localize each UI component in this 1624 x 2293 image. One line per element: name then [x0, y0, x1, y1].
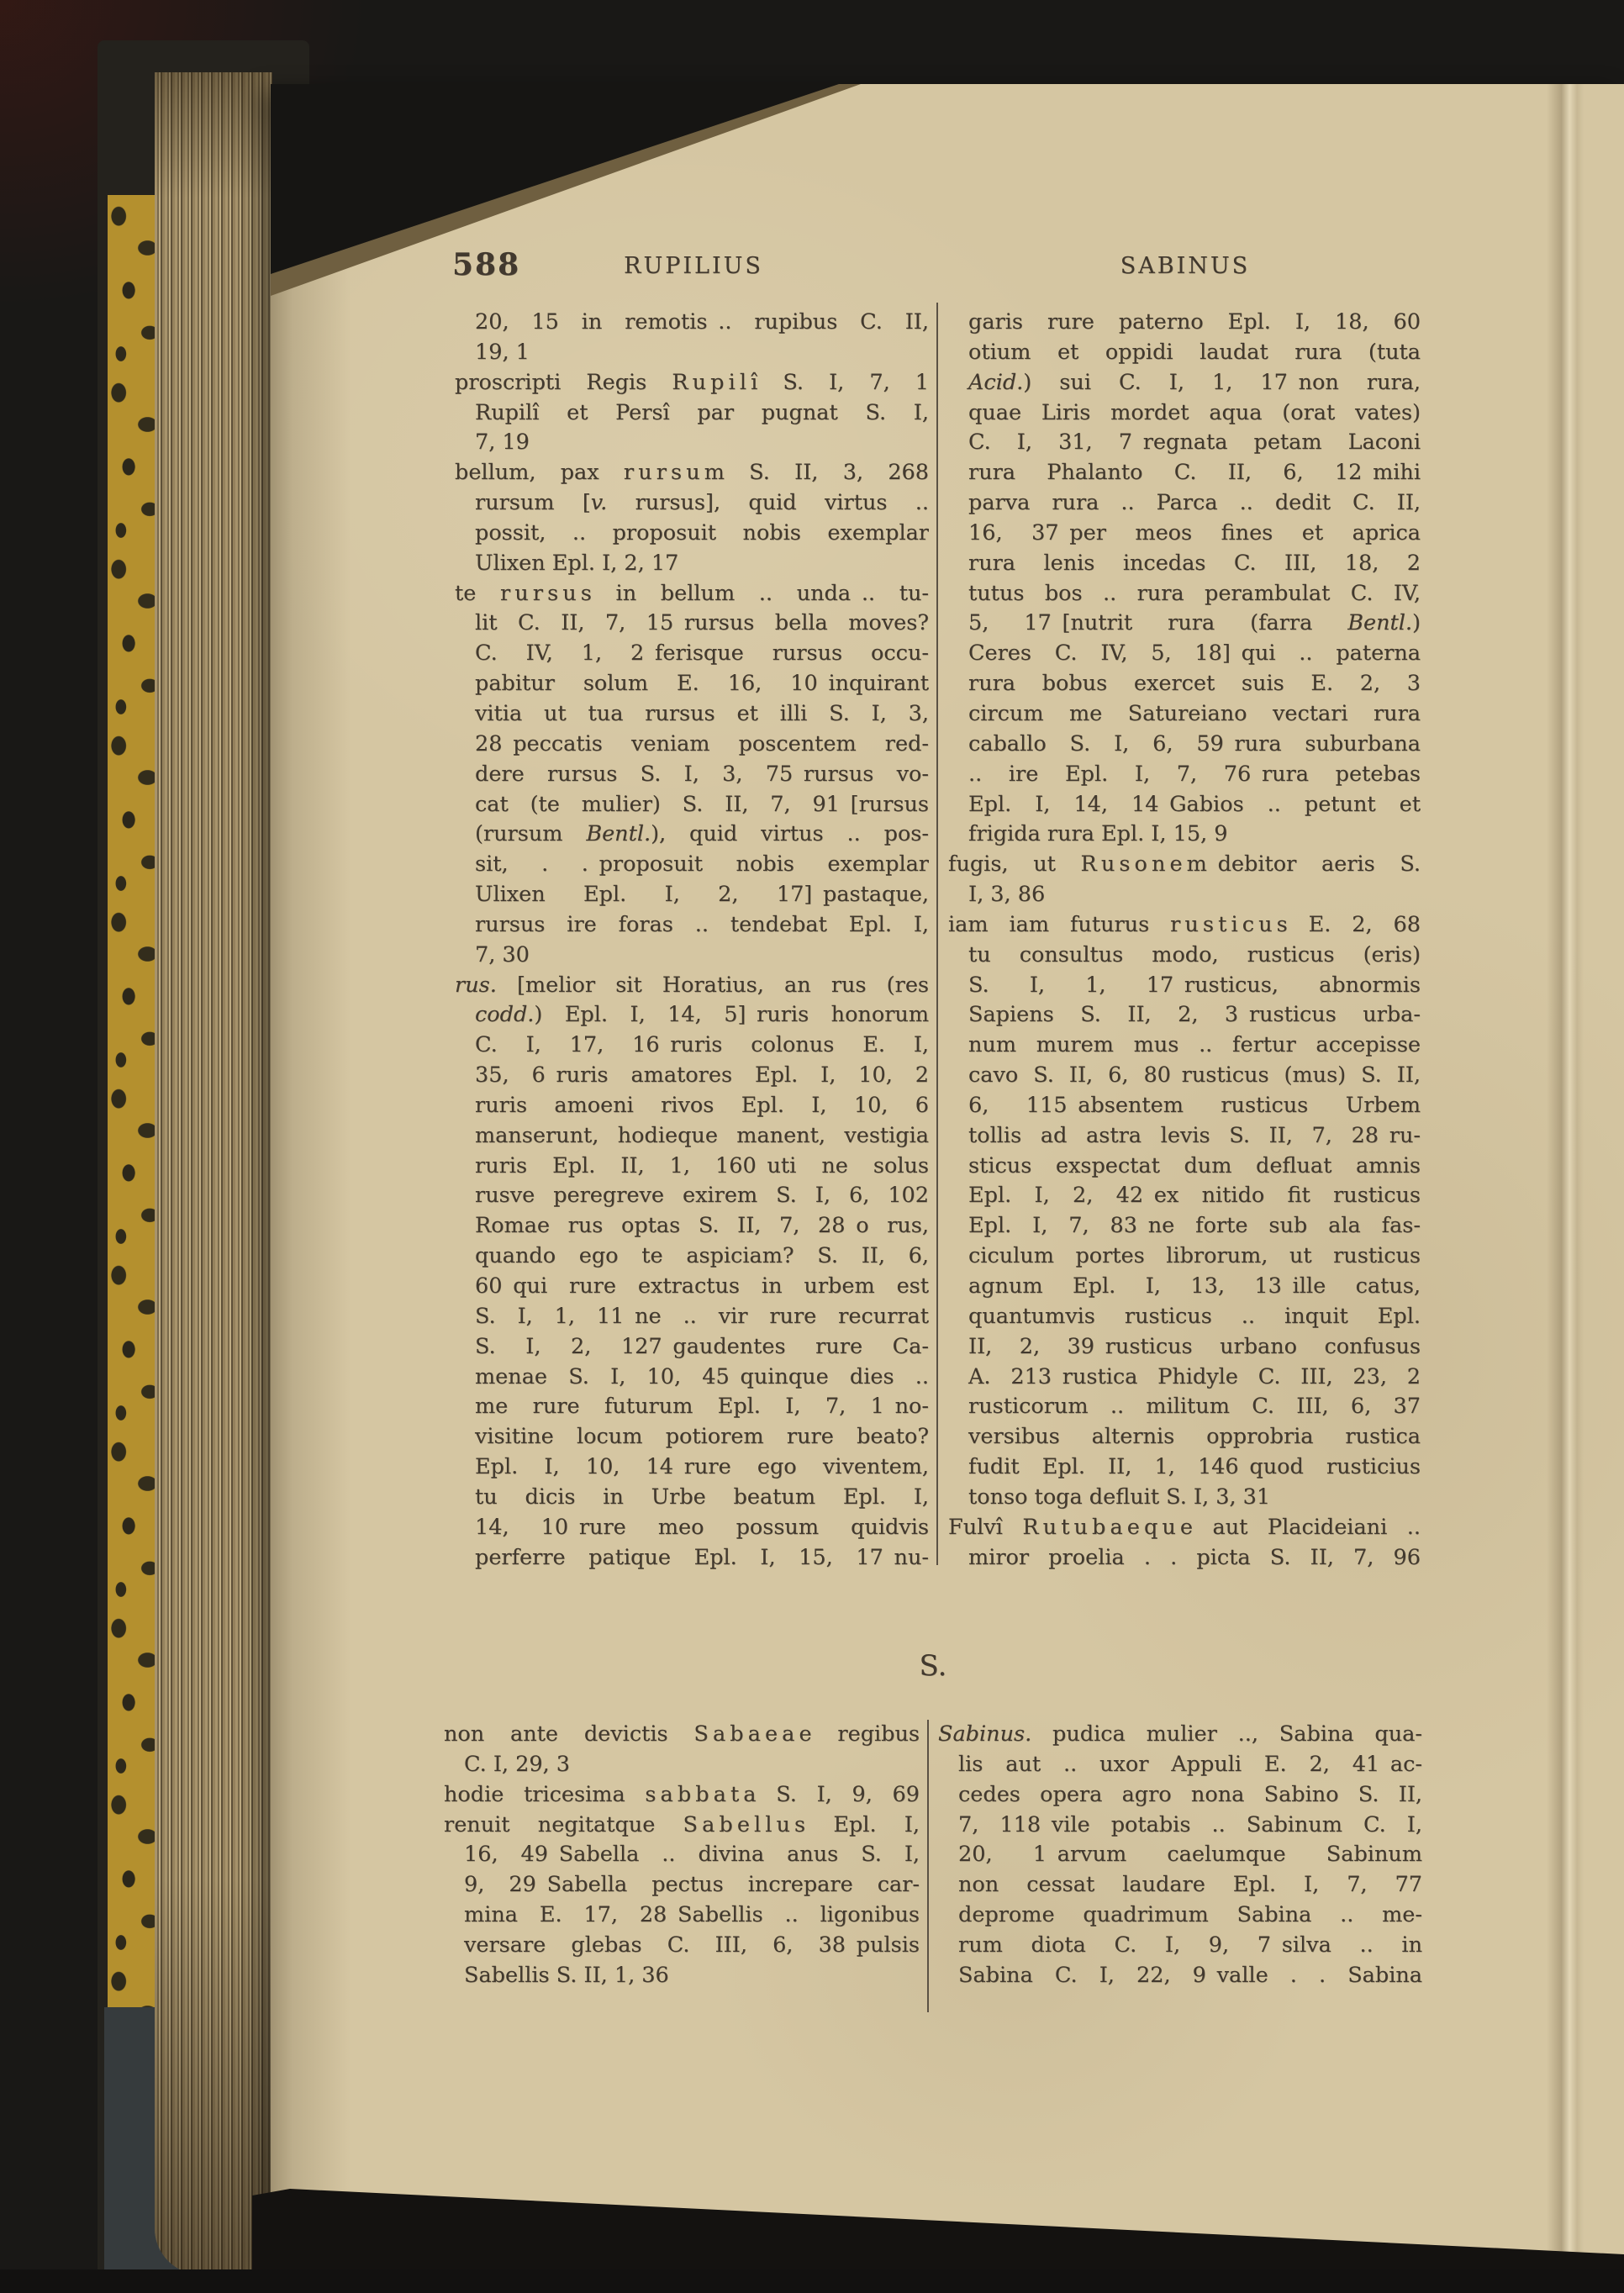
section-heading: S. — [446, 1649, 1421, 1683]
text-line: ruris amoeni rivos Epl. I, 10, 6 — [455, 1091, 929, 1121]
text-line: iam iam futurus r u s t i c u s E. 2, 68 — [948, 910, 1421, 941]
text-line: rura Phalanto C. II, 6, 12 mihi — [948, 458, 1421, 488]
text-line: quae Liris mordet aqua (orat vates) — [948, 398, 1421, 429]
text-line: rusticorum .. militum C. III, 6, 37 — [948, 1392, 1421, 1422]
text-line: 16, 49 Sabella .. divina anus S. I, — [444, 1840, 920, 1870]
text-line: non ante devictis S a b a e a e regibus — [444, 1720, 920, 1750]
text-line: 20, 1 arvum caelumque Sabinum — [938, 1840, 1422, 1870]
text-line: 14, 10 rure meo possum quidvis — [455, 1513, 929, 1543]
text-line: te r u r s u s in bellum .. unda .. tu- — [455, 579, 929, 609]
running-head-left: RUPILIUS — [458, 253, 929, 279]
text-line: Sapiens S. II, 2, 3 rusticus urba- — [948, 1000, 1421, 1031]
text-line: rum diota C. I, 9, 7 silva .. in — [938, 1931, 1422, 1961]
text-line: 19, 1 — [455, 338, 929, 368]
text-line: 7, 118 vile potabis .. Sabinum C. I, — [938, 1811, 1422, 1841]
text-line: cavo S. II, 6, 80 rusticus (mus) S. II, — [948, 1061, 1421, 1091]
text-line: fugis, ut R u s o n e m debitor aeris S. — [948, 850, 1421, 880]
book-scan: 588 RUPILIUS SABINUS 20, 15 in remotis .… — [0, 0, 1624, 2293]
text-line: deprome quadrimum Sabina .. me- — [938, 1900, 1422, 1931]
text-line: otium et oppidi laudat rura (tuta — [948, 338, 1421, 368]
column-divider-bottom — [927, 1720, 929, 2012]
text-line: (rursum Bentl.), quid virtus .. pos- — [455, 820, 929, 850]
text-line: manserunt, hodieque manent, vestigia — [455, 1121, 929, 1152]
text-line: C. I, 31, 7 regnata petam Laconi — [948, 428, 1421, 458]
text-line: S. I, 1, 11 ne .. vir rure recurrat — [455, 1302, 929, 1332]
text-line: C. IV, 1, 2 ferisque rursus occu- — [455, 639, 929, 669]
text-line: mina E. 17, 28 Sabellis .. ligonibus — [444, 1900, 920, 1931]
text-line: possit, .. proposuit nobis exemplar — [455, 519, 929, 549]
text-line: menae S. I, 10, 45 quinque dies .. — [455, 1363, 929, 1393]
text-line: quantumvis rusticus .. inquit Epl. — [948, 1302, 1421, 1332]
text-line: bellum, pax r u r s u m S. II, 3, 268 — [455, 458, 929, 488]
text-line: 35, 6 ruris amatores Epl. I, 10, 2 — [455, 1061, 929, 1091]
text-line: rura lenis incedas C. III, 18, 2 — [948, 549, 1421, 579]
text-line: lis aut .. uxor Appuli E. 2, 41 ac- — [938, 1750, 1422, 1780]
text-line: 16, 37 per meos fines et aprica — [948, 519, 1421, 549]
text-line: ciculum portes librorum, ut rusticus — [948, 1241, 1421, 1272]
text-line: 60 qui rure extractus in urbem est — [455, 1272, 929, 1302]
text-line: Sabina C. I, 22, 9 valle . . Sabina — [938, 1961, 1422, 1991]
text-line: tonso toga defluit S. I, 3, 31 — [948, 1483, 1421, 1513]
text-line: C. I, 29, 3 — [444, 1750, 920, 1780]
text-line: quando ego te aspiciam? S. II, 6, — [455, 1241, 929, 1272]
text-line: caballo S. I, 6, 59 rura suburbana — [948, 730, 1421, 760]
text-line: 20, 15 in remotis .. rupibus C. II, — [455, 308, 929, 338]
text-line: Epl. I, 7, 83 ne forte sub ala fas- — [948, 1211, 1421, 1241]
text-line: me rure futurum Epl. I, 7, 1 no- — [455, 1392, 929, 1422]
column-divider-top — [936, 303, 938, 1565]
text-line: renuit negitatque S a b e l l u s Epl. I… — [444, 1811, 920, 1841]
text-line: Sabellis S. II, 1, 36 — [444, 1961, 920, 1991]
column-top-right: garis rure paterno Epl. I, 18, 60otium e… — [948, 308, 1421, 1573]
text-line: num murem mus .. fertur accepisse — [948, 1031, 1421, 1061]
column-top-left: 20, 15 in remotis .. rupibus C. II,19, 1… — [455, 308, 929, 1573]
running-head-right: SABINUS — [950, 253, 1421, 279]
text-line: Ulixen Epl. I, 2, 17] pastaque, — [455, 880, 929, 910]
text-line: frigida rura Epl. I, 15, 9 — [948, 820, 1421, 850]
text-line: versare glebas C. III, 6, 38 pulsis — [444, 1931, 920, 1961]
text-line: tollis ad astra levis S. II, 7, 28 ru- — [948, 1121, 1421, 1152]
text-line: rursus ire foras .. tendebat Epl. I, — [455, 910, 929, 941]
text-line: fudit Epl. II, 1, 146 quod rusticius — [948, 1452, 1421, 1483]
text-line: S. I, 2, 127 gaudentes rure Ca- — [455, 1332, 929, 1363]
text-line: lit C. II, 7, 15 rursus bella moves? — [455, 609, 929, 639]
text-line: .. ire Epl. I, 7, 76 rura petebas — [948, 760, 1421, 790]
text-line: ruris Epl. II, 1, 160 uti ne solus — [455, 1152, 929, 1182]
text-line: visitine locum potiorem rure beato? — [455, 1422, 929, 1452]
text-line: miror proelia . . picta S. II, 7, 96 — [948, 1543, 1421, 1573]
text-line: dere rursus S. I, 3, 75 rursus vo- — [455, 760, 929, 790]
text-line: circum me Satureiano vectari rura — [948, 699, 1421, 730]
text-line: 7, 19 — [455, 428, 929, 458]
text-line: versibus alternis opprobria rustica — [948, 1422, 1421, 1452]
page-crease — [1547, 84, 1584, 2261]
text-line: rura bobus exercet suis E. 2, 3 — [948, 669, 1421, 699]
text-line: tu consultus modo, rusticus (eris) — [948, 941, 1421, 971]
text-line: 9, 29 Sabella pectus increpare car- — [444, 1870, 920, 1900]
text-line: Ulixen Epl. I, 2, 17 — [455, 549, 929, 579]
text-line: sit, . . proposuit nobis exemplar — [455, 850, 929, 880]
text-line: perferre patique Epl. I, 15, 17 nu- — [455, 1543, 929, 1573]
text-line: Epl. I, 10, 14 rure ego viventem, — [455, 1452, 929, 1483]
text-line: proscripti Regis R u p i l î S. I, 7, 1 — [455, 368, 929, 398]
text-line: cat (te mulier) S. II, 7, 91 [rursus — [455, 790, 929, 820]
text-line: Acid.) sui C. I, 1, 17 non rura, — [948, 368, 1421, 398]
text-line: S. I, 1, 17 rusticus, abnormis — [948, 971, 1421, 1001]
text-line: garis rure paterno Epl. I, 18, 60 — [948, 308, 1421, 338]
text-line: non cessat laudare Epl. I, 7, 77 — [938, 1870, 1422, 1900]
column-bottom-left: non ante devictis S a b a e a e regibusC… — [444, 1720, 920, 1991]
page-fore-edge-stack — [155, 72, 272, 2275]
text-line: I, 3, 86 — [948, 880, 1421, 910]
text-line: Sabinus. pudica mulier .., Sabina qua- — [938, 1720, 1422, 1750]
text-line: vitia ut tua rursus et illi S. I, 3, — [455, 699, 929, 730]
text-line: 28 peccatis veniam poscentem red- — [455, 730, 929, 760]
text-line: II, 2, 39 rusticus urbano confusus — [948, 1332, 1421, 1363]
text-line: parva rura .. Parca .. dedit C. II, — [948, 488, 1421, 519]
text-line: rursum [v. rursus], quid virtus .. — [455, 488, 929, 519]
text-line: tutus bos .. rura perambulat C. IV, — [948, 579, 1421, 609]
text-line: rusve peregreve exirem S. I, 6, 102 — [455, 1181, 929, 1211]
text-line: Ceres C. IV, 5, 18] qui .. paterna — [948, 639, 1421, 669]
text-line: A. 213 rustica Phidyle C. III, 23, 2 — [948, 1363, 1421, 1393]
text-line: 6, 115 absentem rusticus Urbem — [948, 1091, 1421, 1121]
text-line: cedes opera agro nona Sabino S. II, — [938, 1780, 1422, 1811]
background-bottom — [0, 2269, 1624, 2293]
text-line: pabitur solum E. 16, 10 inquirant — [455, 669, 929, 699]
text-line: 5, 17 [nutrit rura (farra Bentl.) — [948, 609, 1421, 639]
text-line: agnum Epl. I, 13, 13 ille catus, — [948, 1272, 1421, 1302]
text-line: 7, 30 — [455, 941, 929, 971]
column-bottom-right: Sabinus. pudica mulier .., Sabina qua-li… — [938, 1720, 1422, 1991]
text-line: Romae rus optas S. II, 7, 28 o rus, — [455, 1211, 929, 1241]
text-line: Epl. I, 2, 42 ex nitido fit rusticus — [948, 1181, 1421, 1211]
text-line: Fulvî R u t u b a e q u e aut Placideian… — [948, 1513, 1421, 1543]
text-line: Rupilî et Persî par pugnat S. I, — [455, 398, 929, 429]
text-line: sticus exspectat dum defluat amnis — [948, 1152, 1421, 1182]
text-line: rus. [melior sit Horatius, an rus (res — [455, 971, 929, 1001]
text-line: codd.) Epl. I, 14, 5] ruris honorum — [455, 1000, 929, 1031]
text-line: tu dicis in Urbe beatum Epl. I, — [455, 1483, 929, 1513]
text-line: C. I, 17, 16 ruris colonus E. I, — [455, 1031, 929, 1061]
text-line: Epl. I, 14, 14 Gabios .. petunt et — [948, 790, 1421, 820]
text-line: hodie tricesima s a b b a t a S. I, 9, 6… — [444, 1780, 920, 1811]
